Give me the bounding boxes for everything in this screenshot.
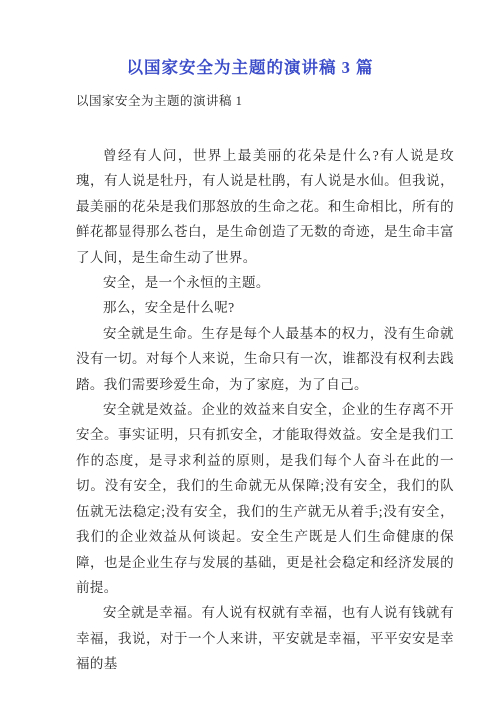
- paragraph-4: 安全就是生命。生存是每个人最基本的权力，没有生命就没有一切。对每个人来说，生命只…: [76, 321, 454, 397]
- document-title: 以国家安全为主题的演讲稿 3 篇: [0, 57, 500, 79]
- section-heading: 以国家安全为主题的演讲稿 1: [76, 92, 454, 110]
- paragraph-5: 安全就是效益。企业的效益来自安全，企业的生存离不开安全。事实证明，只有抓安全，才…: [76, 397, 454, 600]
- document-page: 以国家安全为主题的演讲稿 3 篇 以国家安全为主题的演讲稿 1 曾经有人问，世界…: [0, 0, 500, 707]
- paragraph-2: 安全，是一个永恒的主题。: [76, 270, 454, 295]
- page-background: { "document": { "title": "以国家安全为主题的演讲稿 3…: [0, 0, 500, 707]
- paragraph-3: 那么，安全是什么呢?: [76, 295, 454, 320]
- paragraph-1: 曾经有人问，世界上最美丽的花朵是什么?有人说是玫瑰，有人说是牡丹，有人说是杜鹃，…: [76, 143, 454, 270]
- paragraph-6: 安全就是幸福。有人说有权就有幸福，也有人说有钱就有幸福，我说，对于一个人来讲，平…: [76, 600, 454, 676]
